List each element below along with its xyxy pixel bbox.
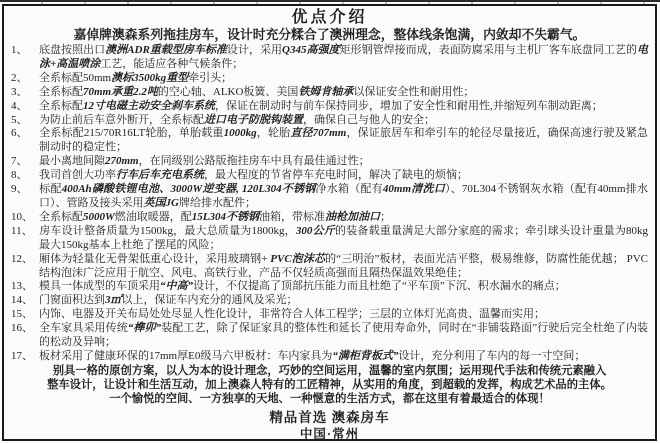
item-emphasis-text: 英国JG bbox=[144, 197, 179, 209]
list-item: 11、房车设计整备质量为1500kg，最大总质量为1800kg，300公斤的装备… bbox=[11, 225, 648, 253]
item-number: 8、 bbox=[11, 169, 39, 183]
list-item: 16、全车家具采用传统“榫卯”装配工艺，除了保证家具的整体性和延长了使用寿命外，… bbox=[11, 322, 648, 350]
item-text: 牵引头； bbox=[188, 72, 232, 84]
item-emphasis-text: 直径707mm bbox=[290, 127, 346, 139]
document-frame: 优点介绍 嘉倬牌澳森系列拖挂房车，设计时充分糅合了澳洲理念，整体线条饱满，内敛却… bbox=[2, 4, 657, 441]
closing-paragraph: 别具一格的原创方案，以人为本的设计理念，巧妙的空间运用，温馨的室内氛围；运用现代… bbox=[11, 364, 648, 406]
item-emphasis-text: 12寸电磁主动安全刹车系统 bbox=[83, 100, 215, 112]
item-number: 3、 bbox=[11, 86, 39, 100]
item-text: 全系标配 bbox=[39, 211, 83, 223]
item-text: 设计，充分利用了车内的每一寸空间； bbox=[398, 350, 585, 362]
item-emphasis-text: 400Ah磷酸铁锂电池、3000W逆变器, 120L304不锈钢 bbox=[62, 183, 316, 195]
item-text: 房车设计整备质量为1500kg，最大总质量为1800kg， bbox=[39, 225, 296, 237]
item-emphasis-text: 行车后车充电系统 bbox=[116, 169, 204, 181]
list-item: 8、我司首创大功率行车后车充电系统，最大程度的节省停车充电时间，解决了缺电的烦恼… bbox=[11, 169, 648, 183]
item-emphasis-text: 进口电子防脱钩装置 bbox=[204, 114, 303, 126]
item-emphasis-text: 5000W bbox=[83, 211, 115, 223]
item-emphasis-text: 澳标3500kg重型 bbox=[111, 72, 188, 84]
list-item: 13、模具一体成型的车顶采用“中高”设计，不仅提高了顶部抗压能力而且杜绝了“平车… bbox=[11, 280, 648, 294]
item-text: 全系标配 bbox=[39, 86, 83, 98]
item-number: 13、 bbox=[11, 280, 39, 294]
document-subtitle: 嘉倬牌澳森系列拖挂房车，设计时充分糅合了澳洲理念，整体线条饱满，内敛却不失霸气。 bbox=[11, 27, 648, 43]
page-title: 优点介绍 bbox=[11, 8, 648, 27]
list-item: 7、最小离地间隙270mm，在同级别公路版拖挂房车中具有最佳通过性； bbox=[11, 155, 648, 169]
location-line: 中国·常州 bbox=[11, 427, 648, 441]
item-number: 7、 bbox=[11, 155, 39, 169]
item-number: 6、 bbox=[11, 127, 39, 141]
item-number: 1、 bbox=[11, 44, 39, 58]
item-text: 门窗面积达到 bbox=[39, 294, 105, 306]
item-number: 12、 bbox=[11, 253, 39, 267]
item-text: 全系标配50mm bbox=[39, 72, 111, 84]
item-text: ，保证在制动时与前车保持同步，增加了安全性和耐用性,并缩短列车制动距离； bbox=[215, 100, 603, 112]
item-text: 油箱，带标准 bbox=[259, 211, 325, 223]
item-text: ，最大程度的节省停车充电时间，解决了缺电的烦恼； bbox=[204, 169, 468, 181]
closing-line: 别具一格的原创方案，以人为本的设计理念，巧妙的空间运用，温馨的室内氛围；运用现代… bbox=[11, 364, 648, 378]
item-text: 的空心轴、ALKO板簧、美国 bbox=[158, 86, 299, 98]
item-text: 全系标配 bbox=[39, 100, 83, 112]
list-item: 9、标配400Ah磷酸铁锂电池、3000W逆变器, 120L304不锈钢净水箱（… bbox=[11, 183, 648, 211]
item-number: 14、 bbox=[11, 294, 39, 308]
list-item: 2、全系标配50mm澳标3500kg重型牵引头； bbox=[11, 72, 648, 86]
item-emphasis-text: 3㎡ bbox=[105, 294, 122, 306]
item-emphasis-text: 300公斤 bbox=[296, 225, 335, 237]
item-text: 模具一体成型的车顶采用 bbox=[39, 280, 160, 292]
item-text: 为防止前后车意外断开，全系标配 bbox=[39, 114, 204, 126]
item-text: 厢体为轻量化无骨架低重心设计，采用玻璃钢+ bbox=[39, 253, 270, 265]
item-text: ，轮胎 bbox=[257, 127, 291, 139]
table-edge-artifact bbox=[0, 0, 660, 2]
item-emphasis-text: 油枪加油口 bbox=[325, 211, 380, 223]
item-text: 板材采用了健康环保的17mm厚E0级马六甲板材：车内家具为 bbox=[39, 350, 332, 362]
document-page: 优点介绍 嘉倬牌澳森系列拖挂房车，设计时充分糅合了澳洲理念，整体线条饱满，内敛却… bbox=[0, 0, 660, 443]
item-text: 最小离地间隙 bbox=[39, 155, 105, 167]
item-emphasis-text: 铁姆肯轴承 bbox=[298, 86, 353, 98]
list-item: 10、全系标配5000W燃油取暖器，配15L304不锈钢油箱，带标准油枪加油口； bbox=[11, 211, 648, 225]
list-item: 4、全系标配12寸电磁主动安全刹车系统，保证在制动时与前车保持同步，增加了安全性… bbox=[11, 100, 648, 114]
item-text: 标配 bbox=[39, 183, 62, 195]
list-item: 3、全系标配70mm承重2.2吨的空心轴、ALKO板簧、美国铁姆肯轴承以保证安全… bbox=[11, 86, 648, 100]
item-emphasis-text: 270mm bbox=[105, 155, 139, 167]
item-number: 2、 bbox=[11, 72, 39, 86]
item-text: 以上，保证车内充分的通风及采光； bbox=[122, 294, 298, 306]
item-emphasis-text: 70mm承重2.2吨 bbox=[83, 86, 158, 98]
item-emphasis-text: 40mm清洗口 bbox=[383, 183, 445, 195]
list-item: 6、全系标配215/70R16LT轮胎，单胎载重1000kg，轮胎直径707mm… bbox=[11, 127, 648, 155]
item-text: 内饰、电器及开关布局处处尽显人性化设计，非常符合人体工程学；三层的立体灯光高贵、… bbox=[39, 308, 545, 320]
item-number: 17、 bbox=[11, 350, 39, 364]
item-text: 底盘按照出口 bbox=[39, 44, 105, 56]
item-text: 设计，不仅提高了顶部抗压能力而且杜绝了“平车顶”下沉、积水漏水的痛点； bbox=[193, 280, 566, 292]
item-number: 10、 bbox=[11, 211, 39, 225]
item-emphasis-text: 澳洲ADR重载型房车标准 bbox=[105, 44, 227, 56]
item-number: 5、 bbox=[11, 114, 39, 128]
item-emphasis-text: Q345高强度 bbox=[282, 44, 340, 56]
item-text: 全系标配215/70R16LT轮胎，单胎载重 bbox=[39, 127, 224, 139]
item-text: 全车家具采用传统 bbox=[39, 322, 128, 334]
item-text: 工艺，能适应各种气候条件； bbox=[100, 58, 243, 70]
feature-list: 1、底盘按照出口澳洲ADR重载型房车标准设计，采用Q345高强度矩形钢管焊接而成… bbox=[11, 44, 648, 364]
list-item: 14、门窗面积达到3㎡以上，保证车内充分的通风及采光； bbox=[11, 294, 648, 308]
list-item: 17、板材采用了健康环保的17mm厚E0级马六甲板材：车内家具为“满柜背板式”设… bbox=[11, 350, 648, 364]
item-text: ，在同级别公路版拖挂房车中具有最佳通过性； bbox=[139, 155, 370, 167]
item-emphasis-text: 15L304不锈钢 bbox=[192, 211, 259, 223]
item-text: 设计，采用 bbox=[227, 44, 282, 56]
brand-line: 精品首选 澳森房车 bbox=[11, 410, 648, 426]
item-emphasis-text: “榫卯” bbox=[128, 322, 161, 334]
item-text: 以保证安全性和耐用性； bbox=[353, 86, 474, 98]
item-text: 矩形钢管焊接而成，表面防腐采用与主机厂客车底盘同工艺的 bbox=[340, 44, 637, 56]
item-emphasis-text: “满柜背板式” bbox=[332, 350, 398, 362]
item-text: ； bbox=[380, 211, 391, 223]
item-text: 牌给排水配件； bbox=[179, 197, 256, 209]
item-emphasis-text: “中高” bbox=[160, 280, 193, 292]
item-text: 我司首创大功率 bbox=[39, 169, 116, 181]
list-item: 12、厢体为轻量化无骨架低重心设计，采用玻璃钢+ PVC泡沫芯的“三明治”板材，… bbox=[11, 253, 648, 281]
item-number: 9、 bbox=[11, 183, 39, 197]
list-item: 1、底盘按照出口澳洲ADR重载型房车标准设计，采用Q345高强度矩形钢管焊接而成… bbox=[11, 44, 648, 72]
item-number: 16、 bbox=[11, 322, 39, 336]
item-text: 燃油取暖器，配 bbox=[115, 211, 192, 223]
item-number: 4、 bbox=[11, 100, 39, 114]
item-number: 11、 bbox=[11, 225, 39, 239]
closing-line: 整车设计，让设计和生活互动，加上澳森人特有的工匠精神，从实用的角度，到超载的发挥… bbox=[11, 378, 648, 392]
item-text: ，确保自己与他人的安全； bbox=[303, 114, 435, 126]
item-emphasis-text: PVC泡沫芯 bbox=[270, 253, 325, 265]
list-item: 15、内饰、电器及开关布局处处尽显人性化设计，非常符合人体工程学；三层的立体灯光… bbox=[11, 308, 648, 322]
item-text: 净水箱（配有 bbox=[316, 183, 383, 195]
list-item: 5、为防止前后车意外断开，全系标配进口电子防脱钩装置，确保自己与他人的安全； bbox=[11, 114, 648, 128]
closing-line: 一个愉悦的空间、一方独享的天地、一种惬意的生活方式，都在这里有着最适合的体现！ bbox=[11, 392, 648, 406]
item-number: 15、 bbox=[11, 308, 39, 322]
item-emphasis-text: 1000kg bbox=[224, 127, 257, 139]
